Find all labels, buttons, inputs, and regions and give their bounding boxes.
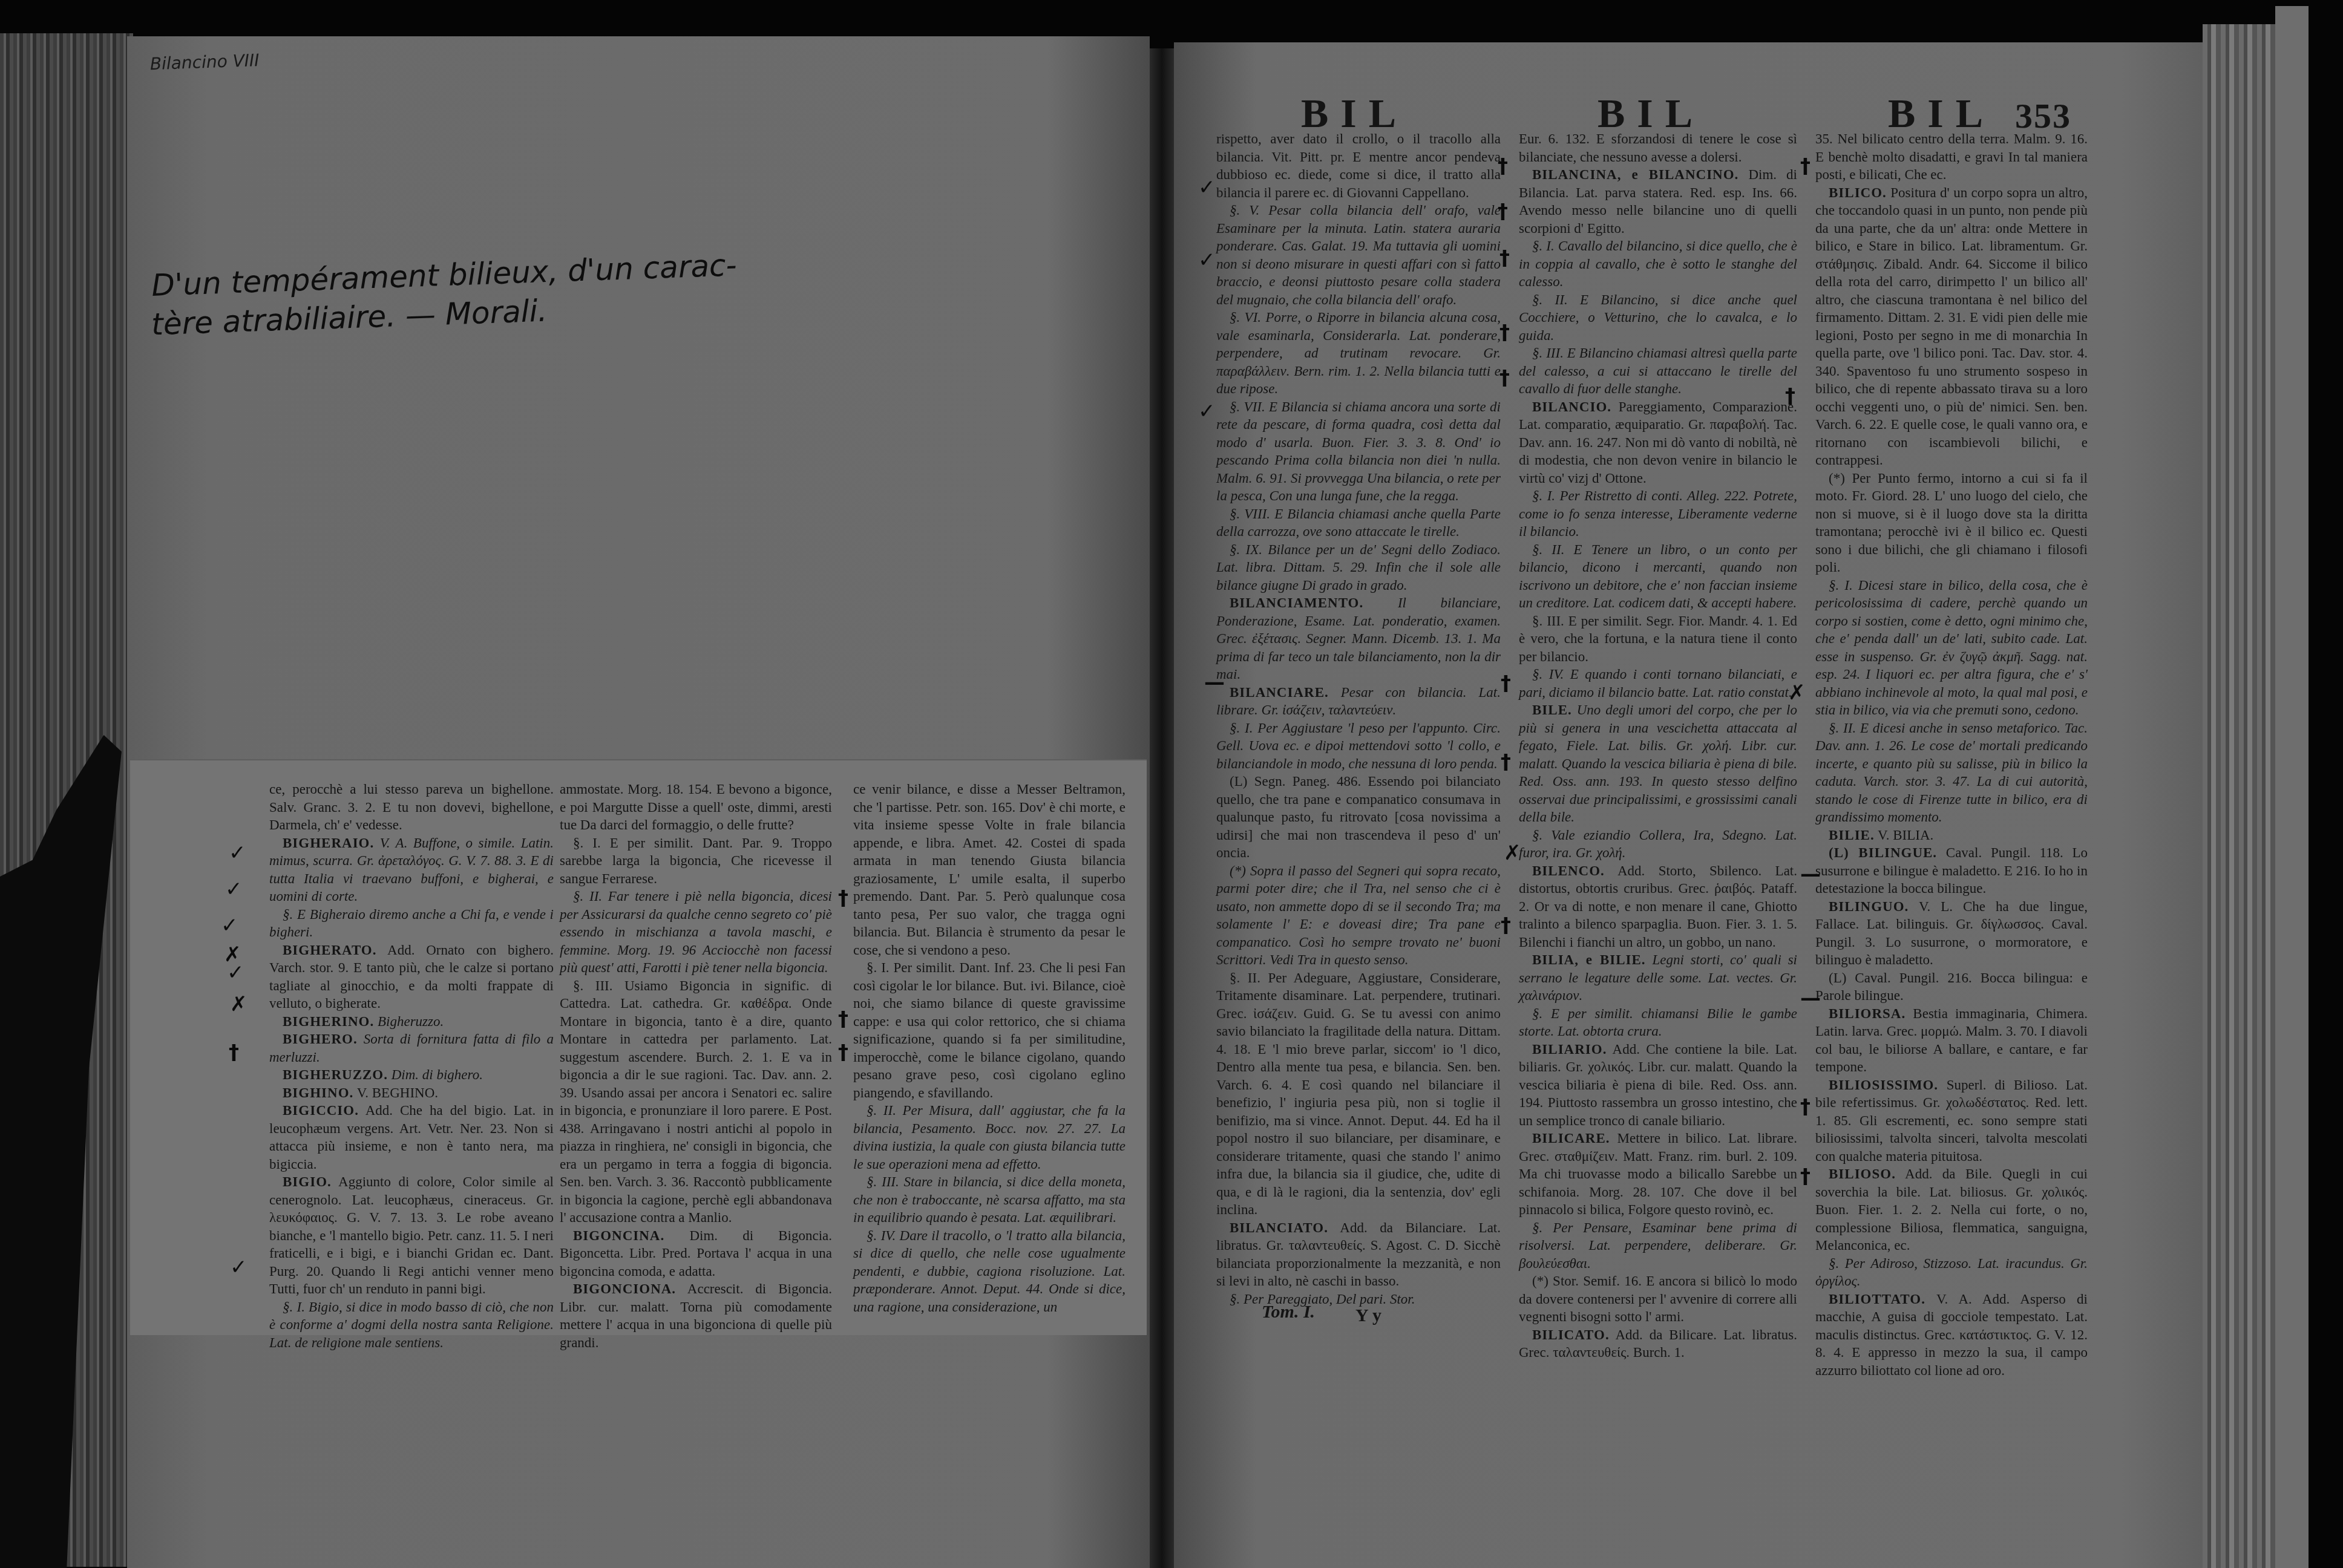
entry-text: (*) Per Punto fermo, intorno a cui si fa…	[1815, 469, 2088, 577]
headword: BILIOSISSIMO.	[1829, 1077, 1938, 1093]
entry: BILANCINA, e BILANCINO. Dim. di Bilancia…	[1519, 166, 1797, 237]
entry-text: Dim. di bighero.	[392, 1067, 483, 1082]
entry-text: §. V. Pesar colla bilancia dell' orafo, …	[1216, 203, 1501, 307]
margin-dagger-icon: †	[838, 1040, 848, 1065]
entry-text: §. Per Adiroso, Stizzoso. Lat. iracundus…	[1815, 1256, 2088, 1289]
headword: BILIOSO.	[1829, 1166, 1896, 1181]
entry-text: Eur. 6. 132. E sforzandosi di tenere le …	[1519, 130, 1797, 166]
margin-check-icon: ✓	[230, 1255, 247, 1279]
right-column-2: Eur. 6. 132. E sforzandosi di tenere le …	[1519, 130, 1797, 1362]
headword: BIGICCIO.	[283, 1103, 359, 1118]
margin-check-icon: ✓	[221, 913, 238, 938]
left-column-1: ce, perocchè a lui stesso pareva un bigh…	[269, 780, 554, 1351]
entry-text: Uno degli umori del corpo, che per lo pi…	[1519, 702, 1797, 825]
margin-dagger-icon: †	[1499, 366, 1510, 390]
margin-dagger-icon: †	[229, 1040, 239, 1065]
headword: BIGONCINA.	[573, 1228, 664, 1243]
entry-text: §. II. E Tenere un libro, o un conto per…	[1519, 542, 1797, 611]
margin-dagger-icon: †	[1501, 671, 1511, 696]
entry-text: (L) Caval. Pungil. 216. Bocca bilingua: …	[1815, 969, 2088, 1005]
entry: BIGHERINO. Bigheruzzo.	[269, 1013, 554, 1031]
headword: BILINGUO.	[1829, 899, 1909, 914]
margin-dagger-icon: †	[1499, 321, 1510, 345]
entry: BIGHERO. Sorta di fornitura fatta di fil…	[269, 1030, 554, 1066]
margin-check-icon: ✓	[227, 961, 244, 985]
entry-text: (L) Segn. Paneg. 486. Essendo poi bilanc…	[1216, 773, 1501, 862]
headword: BILICO.	[1829, 185, 1887, 200]
margin-check-icon: ✓	[1198, 399, 1216, 423]
entry: BIGIO. Aggiunto di colore, Color simile …	[269, 1173, 554, 1298]
entry-text: rispetto, aver dato il crollo, o il trac…	[1216, 130, 1501, 201]
entry: BILIOSISSIMO. Superl. di Bilioso. Lat. b…	[1815, 1076, 2088, 1166]
entry: BILANCIAMENTO. Il bilanciare, Ponderazio…	[1216, 594, 1501, 684]
entry: BILICATO. Add. da Bilicare. Lat. libratu…	[1519, 1326, 1797, 1362]
headword: (L) BILINGUE.	[1829, 845, 1937, 860]
margin-check-icon: ✓	[1198, 175, 1216, 200]
margin-cross-icon: ✗	[230, 992, 247, 1016]
margin-dagger-icon: †	[1498, 200, 1508, 224]
entry-text: ce, perocchè a lui stesso pareva un bigh…	[269, 780, 554, 834]
entry-text: §. III. Stare in bilancia, si dice della…	[853, 1174, 1126, 1225]
handwritten-note-top: Bilancino VIII	[149, 39, 260, 85]
margin-dash-icon: —	[1800, 862, 1821, 886]
headword: BILIORSA.	[1829, 1006, 1906, 1021]
entry-text: (*) Sopra il passo del Segneri qui sopra…	[1216, 863, 1501, 968]
margin-cross-icon: ✗	[1788, 681, 1806, 705]
margin-dagger-icon: †	[1501, 750, 1511, 774]
margin-dagger-icon: †	[1785, 384, 1795, 408]
signature-mark: Y y	[1355, 1305, 1381, 1326]
entry-text: §. I. Cavallo del bilancino, si dice que…	[1519, 238, 1797, 289]
entry: BILIOTTATO. V. A. Add. Asperso di macchi…	[1815, 1290, 2088, 1380]
entry-text: §. IV. E quando i conti tornano bilancia…	[1519, 667, 1797, 700]
entry-text: §. E per similit. chiamansi Bilie le gam…	[1519, 1006, 1797, 1039]
left-column-2: ammostate. Morg. 18. 154. E bevono a big…	[560, 780, 832, 1351]
entry: BILANCIO. Pareggiamento, Comparazione. L…	[1519, 398, 1797, 488]
margin-dagger-icon: †	[838, 1007, 848, 1031]
left-column-3: ce venir bilance, e disse a Messer Beltr…	[853, 780, 1126, 1316]
entry-text: §. IX. Bilance per un de' Segni dello Zo…	[1216, 542, 1501, 593]
entry-text: ce venir bilance, e disse a Messer Beltr…	[853, 780, 1126, 959]
entry: BIGHINO. V. BEGHINO.	[269, 1084, 554, 1102]
entry-text: V. BILIA.	[1878, 828, 1933, 843]
entry-text: §. II. E dicesi anche in senso metaforic…	[1815, 720, 2088, 825]
margin-dagger-icon: †	[1800, 154, 1810, 178]
entry-text: §. Per Pareggiato, Del pari. Stor.	[1230, 1292, 1415, 1307]
entry-text: ammostate. Morg. 18. 154. E bevono a big…	[560, 780, 832, 834]
entry-text: §. I. Per Aggiustare 'l peso per l'appun…	[1216, 720, 1501, 771]
headword: BILIA, e BILIE.	[1532, 952, 1646, 967]
book-cover-edge	[2275, 6, 2309, 1568]
headword: BIGIO.	[283, 1174, 332, 1189]
entry-text: §. E Bigheraio diremo anche a Chi fa, e …	[269, 907, 554, 940]
entry: BILIE. V. BILIA.	[1815, 826, 2088, 844]
margin-dagger-icon: †	[1800, 1165, 1810, 1189]
entry-text: V. BEGHINO.	[357, 1085, 438, 1100]
entry: BILIA, e BILIE. Legni storti, co' quali …	[1519, 951, 1797, 1005]
entry: BIGHERAIO. V. A. Buffone, o simile. Lati…	[269, 834, 554, 906]
entry: BIGONCINA. Dim. di Bigoncia. Bigoncetta.…	[560, 1227, 832, 1281]
entry-text: §. I. Dicesi stare in bilico, della cosa…	[1815, 578, 2088, 718]
entry: BILICARE. Mettere in bilico. Lat. librar…	[1519, 1129, 1797, 1219]
headword: BILANCIATO.	[1230, 1220, 1328, 1235]
headword: BIGHERAIO.	[283, 835, 374, 851]
right-column-1: rispetto, aver dato il crollo, o il trac…	[1216, 130, 1501, 1308]
headword: BILICARE.	[1532, 1131, 1610, 1146]
entry: BIGONCIONA. Accrescit. di Bigoncia. Libr…	[560, 1280, 832, 1351]
entry-text: 35. Nel bilicato centro della terra. Mal…	[1815, 130, 2088, 184]
entry-text: §. Vale eziandio Collera, Ira, Sdegno. L…	[1519, 828, 1797, 861]
headword: BILIARIO.	[1532, 1042, 1607, 1057]
entry-text: §. I. Bigio, si dice in modo basso di ci…	[269, 1299, 554, 1350]
entry-text: §. I. Per Ristretto di conti. Alleg. 222…	[1519, 488, 1797, 539]
headword: BILICATO.	[1532, 1327, 1610, 1342]
entry-text: §. VIII. E Bilancia chiamasi anche quell…	[1216, 506, 1501, 540]
entry-text: Bigheruzzo.	[378, 1014, 444, 1029]
headword: BILANCIO.	[1532, 399, 1611, 414]
entry-text: §. VI. Porre, o Riporre in bilancia alcu…	[1216, 310, 1501, 396]
entry: BILIORSA. Bestia immaginaria, Chimera. L…	[1815, 1005, 2088, 1076]
margin-check-icon: ✓	[229, 841, 246, 865]
entry: BIGHERUZZO. Dim. di bighero.	[269, 1066, 554, 1084]
entry: BILICO. Positura d' un corpo sopra un al…	[1815, 184, 2088, 469]
entry-text: §. I. Per similit. Dant. Inf. 23. Che li…	[853, 959, 1126, 1102]
margin-dagger-icon: †	[838, 886, 848, 910]
headword: BIGHERO.	[283, 1031, 358, 1047]
entry-text: §. I. E per similit. Dant. Par. 9. Tropp…	[560, 834, 832, 888]
margin-dagger-icon: †	[1498, 154, 1508, 178]
entry: BILANCIATO. Add. da Bilanciare. Lat. lib…	[1216, 1219, 1501, 1290]
entry: (L) BILINGUE. Caval. Pungil. 118. Lo sus…	[1815, 844, 2088, 898]
entry: BILANCIARE. Pesar con bilancia. Lat. lib…	[1216, 684, 1501, 719]
margin-check-icon: ✓	[225, 877, 243, 901]
headword: BIGHINO.	[283, 1085, 353, 1100]
margin-dagger-icon: †	[1499, 246, 1510, 270]
volume-signature: Tom. I.	[1262, 1302, 1315, 1322]
book-fore-edge-right	[2203, 24, 2287, 1568]
headword: BIGHERINO.	[283, 1014, 374, 1029]
entry-text: §. III. E Bilancino chiamasi altresì que…	[1519, 345, 1797, 396]
headword: BIGHERATO.	[283, 942, 377, 958]
entry: BILINGUO. V. L. Che ha due lingue, Falla…	[1815, 898, 2088, 969]
headword: BILIE.	[1829, 828, 1875, 843]
headword: BILE.	[1532, 702, 1572, 717]
entry-text: §. III. Usiamo Bigoncia in signific. di …	[560, 977, 832, 1227]
entry-text: §. IV. Dare il tracollo, o 'l tratto all…	[853, 1228, 1126, 1315]
headword: BILANCINA, e BILANCINO.	[1532, 167, 1738, 182]
entry: BILENCO. Add. Storto, Sbilenco. Lat. dis…	[1519, 862, 1797, 952]
right-column-3: 35. Nel bilicato centro della terra. Mal…	[1815, 130, 2088, 1379]
margin-dash-icon: —	[1204, 670, 1225, 694]
entry-text: Positura d' un corpo sopra un altro, che…	[1815, 185, 2088, 468]
entry-text: §. II. Per Misura, dall' aggiustar, che …	[853, 1103, 1126, 1172]
entry-text: §. II. Far tenere i piè nella bigoncia, …	[560, 889, 832, 975]
margin-dagger-icon: †	[1501, 913, 1511, 938]
entry: BILE. Uno degli umori del corpo, che per…	[1519, 701, 1797, 826]
entry-text: §. Per Pensare, Esaminar bene prima di r…	[1519, 1220, 1797, 1271]
entry: BILIOSO. Add. da Bile. Quegli in cui sov…	[1815, 1165, 2088, 1255]
entry: BIGHERATO. Add. Ornato con bighero. Varc…	[269, 941, 554, 1013]
book-gutter	[1150, 48, 1174, 1568]
headword: BILANCIAMENTO.	[1230, 595, 1363, 610]
margin-check-icon: ✓	[1198, 248, 1216, 272]
entry-text: §. II. Per Adeguare, Aggiustare, Conside…	[1216, 969, 1501, 1219]
entry-text: §. VII. E Bilancia si chiama ancora una …	[1216, 399, 1501, 504]
margin-dash-icon: —	[1800, 986, 1821, 1010]
headword: BIGONCIONA.	[573, 1281, 676, 1296]
entry-text: (*) Stor. Semif. 16. E ancora si bilicò …	[1519, 1272, 1797, 1326]
entry-text: §. III. E per similit. Segr. Fior. Mandr…	[1519, 612, 1797, 666]
entry-text: §. II. E Bilancino, si dice anche quel C…	[1519, 292, 1797, 343]
margin-dagger-icon: †	[1800, 1095, 1810, 1119]
entry: BIGICCIO. Add. Che ha del bigio. Lat. in…	[269, 1102, 554, 1173]
entry-text: Aggiunto di colore, Color simile al cene…	[269, 1174, 554, 1296]
entry: BILIARIO. Add. Che contiene la bile. Lat…	[1519, 1040, 1797, 1130]
headword: BILENCO.	[1532, 863, 1605, 878]
margin-cross-icon: ✗	[1504, 841, 1521, 865]
headword: BILANCIARE.	[1230, 685, 1329, 700]
headword: BIGHERUZZO.	[283, 1067, 388, 1082]
headword: BILIOTTATO.	[1829, 1292, 1925, 1307]
